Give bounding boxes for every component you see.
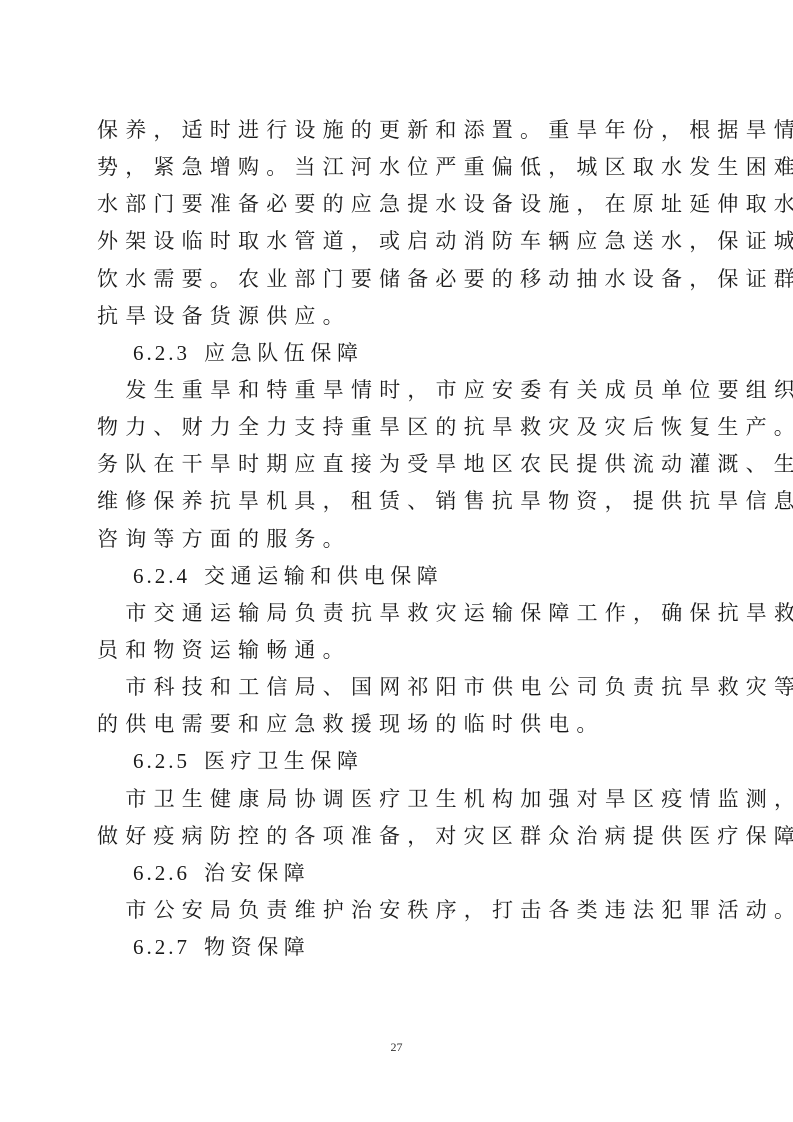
section-title: 医疗卫生保障	[204, 749, 364, 773]
section-number: 6.2.3	[133, 341, 190, 365]
text-line: 水部门要准备必要的应急提水设备设施，在原址延伸取水，或另	[97, 186, 697, 223]
text-line: 抗旱设备货源供应。	[97, 298, 697, 335]
text-line: 市卫生健康局协调医疗卫生机构加强对旱区疫情监测，提前	[97, 781, 697, 818]
text-line: 市科技和工信局、国网祁阳市供电公司负责抗旱救灾等方面	[97, 669, 697, 706]
section-heading-6-2-3: 6.2.3应急队伍保障	[97, 335, 697, 372]
section-number: 6.2.6	[133, 861, 190, 885]
text-line: 务队在干旱时期应直接为受旱地区农民提供流动灌溉、生活用水，	[97, 446, 697, 483]
section-title: 治安保障	[204, 861, 310, 885]
text-line: 保养，适时进行设施的更新和添置。重旱年份，根据旱情发展趋	[97, 112, 697, 149]
paragraph-continuation: 保养，适时进行设施的更新和添置。重旱年份，根据旱情发展趋 势，紧急增购。当江河水…	[97, 112, 697, 335]
paragraph-power-supply: 市科技和工信局、国网祁阳市供电公司负责抗旱救灾等方面 的供电需要和应急救援现场的…	[97, 669, 697, 743]
text-line: 发生重旱和特重旱情时，市应安委有关成员单位要组织人力、	[97, 372, 697, 409]
paragraph-emergency-team: 发生重旱和特重旱情时，市应安委有关成员单位要组织人力、 物力、财力全力支持重旱区…	[97, 372, 697, 558]
text-line: 市交通运输局负责抗旱救灾运输保障工作，确保抗旱救灾人	[97, 595, 697, 632]
text-line: 做好疫病防控的各项准备，对灾区群众治病提供医疗保障。	[97, 818, 697, 855]
section-heading-6-2-7: 6.2.7物资保障	[97, 929, 697, 966]
paragraph-public-security: 市公安局负责维护治安秩序，打击各类违法犯罪活动。	[97, 892, 697, 929]
section-heading-6-2-6: 6.2.6治安保障	[97, 855, 697, 892]
text-line: 维修保养抗旱机具，租赁、销售抗旱物资，提供抗旱信息和技术	[97, 483, 697, 520]
text-line: 物力、财力全力支持重旱区的抗旱救灾及灾后恢复生产。抗旱服	[97, 409, 697, 446]
section-number: 6.2.7	[133, 935, 190, 959]
section-number: 6.2.4	[133, 564, 190, 588]
section-heading-6-2-4: 6.2.4交通运输和供电保障	[97, 558, 697, 595]
section-number: 6.2.5	[133, 749, 190, 773]
text-line: 员和物资运输畅通。	[97, 632, 697, 669]
page-number: 27	[0, 1040, 793, 1055]
text-line: 饮水需要。农业部门要储备必要的移动抽水设备，保证群众抽水	[97, 261, 697, 298]
document-page: 保养，适时进行设施的更新和添置。重旱年份，根据旱情发展趋 势，紧急增购。当江河水…	[97, 112, 697, 966]
text-line: 咨询等方面的服务。	[97, 521, 697, 558]
section-title: 物资保障	[204, 935, 310, 959]
paragraph-transport: 市交通运输局负责抗旱救灾运输保障工作，确保抗旱救灾人 员和物资运输畅通。	[97, 595, 697, 669]
text-line: 的供电需要和应急救援现场的临时供电。	[97, 706, 697, 743]
section-heading-6-2-5: 6.2.5医疗卫生保障	[97, 743, 697, 780]
section-title: 交通运输和供电保障	[204, 564, 443, 588]
section-title: 应急队伍保障	[204, 341, 364, 365]
text-line: 势，紧急增购。当江河水位严重偏低，城区取水发生困难时，供	[97, 149, 697, 186]
text-line: 市公安局负责维护治安秩序，打击各类违法犯罪活动。	[97, 892, 697, 929]
text-line: 外架设临时取水管道，或启动消防车辆应急送水，保证城镇居民	[97, 223, 697, 260]
paragraph-medical: 市卫生健康局协调医疗卫生机构加强对旱区疫情监测，提前 做好疫病防控的各项准备，对…	[97, 781, 697, 855]
